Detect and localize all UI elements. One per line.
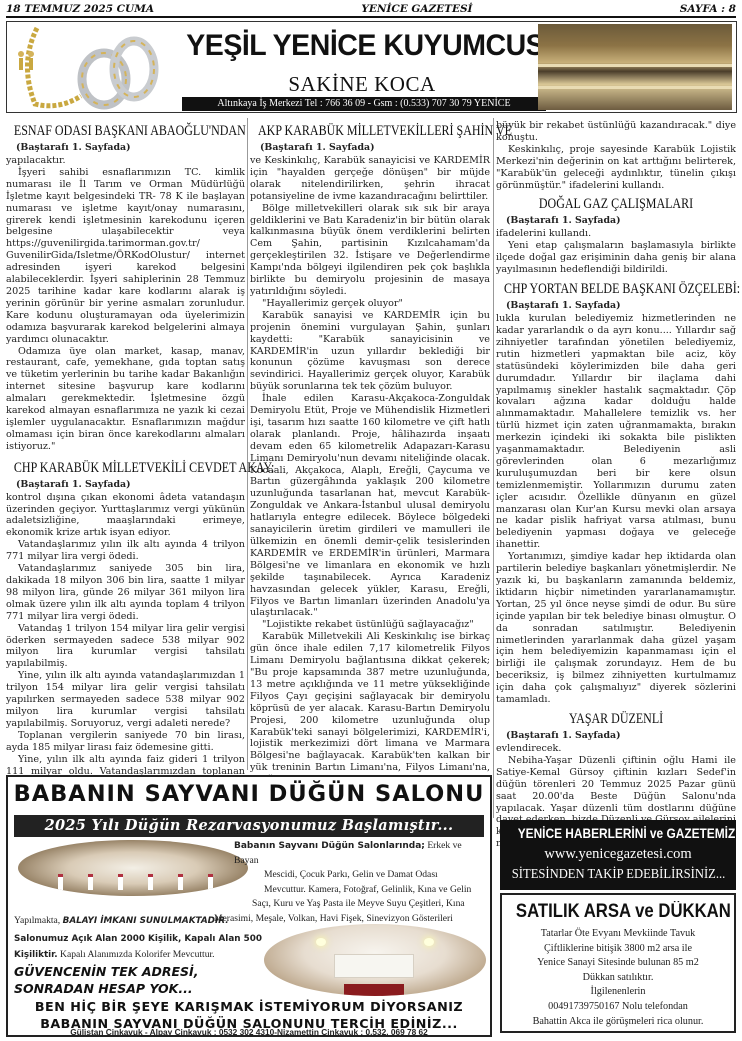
website-promo-heading: YENİCE HABERLERİNİ ve GAZETEMİZİ <box>518 823 719 843</box>
chair-decoration <box>58 874 63 890</box>
headline-chp-akay: CHP KARABÜK MİLLETVEKİLİ CEVDET AKAY: <box>14 459 237 477</box>
article-paragraph: kontrol dışına çıkan ekonomi âdeta vatan… <box>6 492 245 540</box>
issue-date: 18 TEMMUZ 2025 CUMA <box>6 3 154 15</box>
jewelry-owner-name: SAKİNE KOCA <box>177 72 547 97</box>
article-paragraph: Yortanımızı, şimdiye kadar hep iktidarda… <box>496 551 736 706</box>
for-sale-details: Tatarlar Öte Evyanı Mevkiinde Tavuk Çift… <box>502 927 734 1029</box>
article-paragraph: yapılacaktır. <box>6 155 245 167</box>
headline-chp-yortan: CHP YORTAN BELDE BAŞKANI ÖZÇELEBİ: <box>504 280 728 298</box>
services-intro: Babanın Sayvanı Düğün Salonlarında; <box>234 841 425 851</box>
for-sale-ad: SATILIK ARSA ve DÜKKAN Tatarlar Öte Evya… <box>500 893 736 1033</box>
display-shelf <box>538 64 732 67</box>
article-paragraph: Karabük Milletvekili Ali Keskinkılıç ise… <box>250 631 490 798</box>
closing-line-1: BEN HİÇ BİR ŞEYE KARIŞMAK İSTEMİYORUM Dİ… <box>8 999 490 1014</box>
article-paragraph: Vatandaş 1 trilyon 154 milyar lira gelir… <box>6 623 245 671</box>
continued-from-note: (Baştarafı 1. Sayfada) <box>6 479 245 491</box>
column-1: ESNAF ODASI BAŞKANI ABAOĞLU'NDAN (Baştar… <box>6 120 245 801</box>
article-paragraph: ifadelerini kullandı. <box>496 228 736 240</box>
for-sale-title: SATILIK ARSA ve DÜKKAN <box>516 900 720 924</box>
display-shelf <box>538 86 732 89</box>
article-paragraph: Odamıza üye olan market, kasap, manav, r… <box>6 346 245 453</box>
lamp-decoration <box>424 938 434 946</box>
for-sale-phone: 00491739750167 Nolu telefondan <box>502 1000 734 1015</box>
heating-info: Kapalı Alanımızda Kolorifer Mevcuttur. <box>60 949 215 960</box>
details-text: Yapılmakta, <box>14 915 60 926</box>
wedding-hall-photo-indoor <box>264 924 486 996</box>
website-url[interactable]: www.yenicegazetesi.com <box>500 843 736 865</box>
for-sale-line: Dükkan satılıktır. <box>502 971 734 986</box>
headline-esnaf: ESNAF ODASI BAŞKANI ABAOĞLU'NDAN <box>14 122 237 140</box>
continued-from-note: (Baştarafı 1. Sayfada) <box>496 215 736 227</box>
chair-decoration <box>178 874 183 890</box>
article-paragraph: lukla kurulan belediyemiz hizmetlerinden… <box>496 313 736 551</box>
page-number: SAYFA : 8 <box>680 3 736 15</box>
column-divider <box>247 118 248 770</box>
article-paragraph: Vatandaşlarımız yılın ilk altı ayında 4 … <box>6 539 245 563</box>
reservation-banner: 2025 Yılı Düğün Rezarvasyonumuz Başlamış… <box>14 815 484 837</box>
jewelry-necklace-rings-image <box>9 24 169 110</box>
article-paragraph: Toplanan vergilerin saniyede 70 bin lira… <box>6 730 245 754</box>
for-sale-line: Tatarlar Öte Evyanı Mevkiinde Tavuk <box>502 927 734 942</box>
jewelry-contact-bar: Altınkaya İş Merkezi Tel : 766 36 09 - G… <box>182 97 546 111</box>
article-paragraph: Karabük sanayisi ve KARDEMİR için bu pro… <box>250 310 490 393</box>
jewelry-store-ad: YEŞİL YENİCE KUYUMCUSU SAKİNE KOCA Altın… <box>6 21 737 113</box>
article-paragraph: İhale edilen Karasu-Akçakoca-Zonguldak D… <box>250 393 490 619</box>
column-3: büyük bir rekabet üstünlüğü kazandıracak… <box>496 120 736 850</box>
for-sale-line: Yenice Sanayi Sitesinde bulunan 85 m2 <box>502 956 734 971</box>
article-paragraph: Yeni etap çalışmaların başlamasıyla birl… <box>496 240 736 276</box>
slogan-line-2: SONRADAN HESAP YOK... <box>14 980 264 997</box>
article-paragraph: Keskinkılıç, proje sayesinde Karabük Loj… <box>496 144 736 192</box>
ceremony-table <box>334 954 414 978</box>
article-subheading: "Lojistikte rekabet üstünlüğü sağlayacağ… <box>250 619 490 631</box>
header-rule <box>6 16 736 18</box>
page-header: 18 TEMMUZ 2025 CUMA YENİCE GAZETESİ SAYF… <box>6 2 736 16</box>
services-line: Mescidi, Çocuk Parkı, Gelin ve Damat Oda… <box>214 868 488 883</box>
jewelry-store-name: YEŞİL YENİCE KUYUMCUSU <box>186 29 538 63</box>
continued-from-note: (Baştarafı 1. Sayfada) <box>250 142 490 154</box>
wedding-hall-name: BABANIN SAYVANI DÜĞÜN SALONU <box>8 781 490 807</box>
red-carpet <box>344 984 404 996</box>
wedding-hall-ad: BABANIN SAYVANI DÜĞÜN SALONU 2025 Yılı D… <box>6 775 492 1037</box>
wedding-hall-details: Yapılmakta, BALAYI İMKANI SUNULMAKTADIR.… <box>14 912 264 997</box>
article-paragraph: Yine, yılın ilk altı ayında vatandaşları… <box>6 670 245 730</box>
article-subheading: "Hayallerimiz gerçek oluyor" <box>250 298 490 310</box>
honeymoon-offer: BALAYI İMKANI SUNULMAKTADIR. <box>63 916 229 926</box>
services-line: Saçı, Kuru ve Yaş Pasta ile Meyve Suyu Ç… <box>214 897 488 912</box>
slogan-line-1: GÜVENCENİN TEK ADRESİ, <box>14 963 264 980</box>
chair-decoration <box>88 874 93 890</box>
headline-duzenli: YAŞAR DÜZENLİ <box>504 710 728 728</box>
chair-decoration <box>148 874 153 890</box>
contact-phones: Gülistan Cinkavuk - Alpay Cinkavuk : 053… <box>8 1027 490 1037</box>
website-promo-footer: SİTESİNDEN TAKİP EDEBİLİRSİNİZ... <box>512 865 724 885</box>
for-sale-line: İlgilenenlerin <box>502 985 734 1000</box>
for-sale-line: Çiftliklerine bitişik 3800 m2 arsa ile <box>502 942 734 957</box>
continued-from-note: (Baştarafı 1. Sayfada) <box>496 730 736 742</box>
chair-decoration <box>208 874 213 890</box>
continued-from-note: (Baştarafı 1. Sayfada) <box>6 142 245 154</box>
website-promo-ad: YENİCE HABERLERİNİ ve GAZETEMİZİ www.yen… <box>500 820 736 890</box>
article-paragraph: ve Keskinkılıç, Karabük sanayicisi ve KA… <box>250 155 490 203</box>
chair-decoration <box>118 874 123 890</box>
for-sale-line: Bahattin Akca ile görüşmeleri rica olunu… <box>502 1015 734 1030</box>
headline-dogalgaz: DOĞAL GAZ ÇALIŞMALARI <box>504 195 728 213</box>
continued-from-note: (Baştarafı 1. Sayfada) <box>496 300 736 312</box>
column-divider <box>493 118 494 818</box>
lamp-decoration <box>316 938 326 946</box>
publication-name: YENİCE GAZETESİ <box>361 3 472 15</box>
column-2: AKP KARABÜK MİLLETVEKİLLERİ ŞAHİN VE (Ba… <box>250 120 490 798</box>
article-paragraph: evlendirecek. <box>496 743 736 755</box>
headline-akp: AKP KARABÜK MİLLETVEKİLLERİ ŞAHİN VE <box>258 122 482 140</box>
article-paragraph: Bölge milletvekilleri olarak sık sık bir… <box>250 203 490 298</box>
article-paragraph: İşyeri sahibi esnaflarımızın TC. kimlik … <box>6 167 245 346</box>
article-paragraph: Vatandaşlarımız saniyede 305 bin lira, d… <box>6 563 245 623</box>
jewelry-store-photo <box>538 24 732 110</box>
article-paragraph: büyük bir rekabet üstünlüğü kazandıracak… <box>496 120 736 144</box>
services-line: Mevcuttur. Kamera, Fotoğraf, Gelinlik, K… <box>214 883 488 898</box>
